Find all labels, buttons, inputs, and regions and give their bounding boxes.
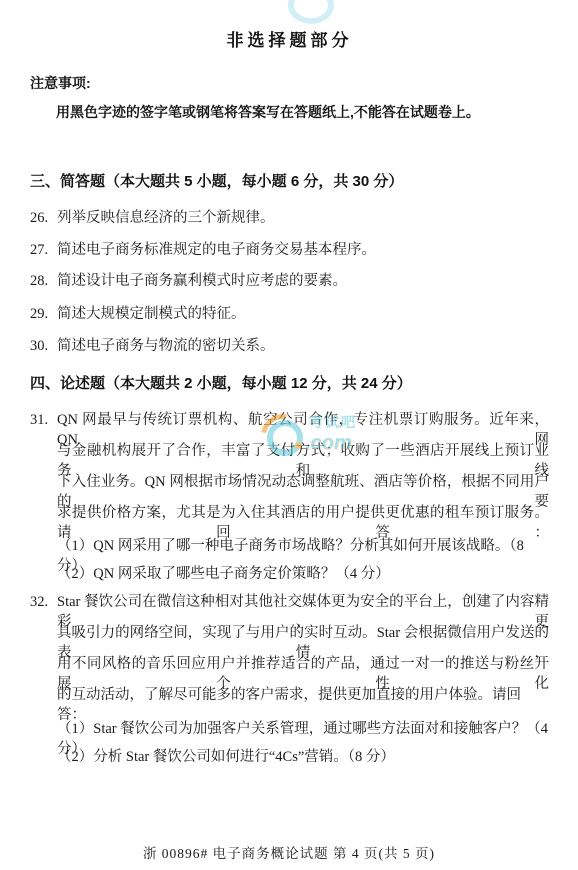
question-30: 30. 简述电子商务与物流的密切关系。 [30,336,549,356]
question-29: 29. 简述大规模定制模式的特征。 [30,304,549,324]
question-30-text: 简述电子商务与物流的密切关系。 [57,338,275,354]
page-title: 非选择题部分 [30,26,549,51]
notice-text: 用黑色字迹的签字笔或钢笔将答案写在答题纸上,不能答在试题卷上。 [30,102,549,122]
question-32-line: 用不同风格的音乐回应用户并推荐适合的产品，通过一对一的推送与粉丝开展个性化 [57,654,549,685]
question-26-number: 26. [30,208,48,228]
question-28: 28. 简述设计电子商务赢利模式时应考虑的要素。 [30,271,549,291]
question-32-sub1: （1）Star 餐饮公司为加强客户关系管理，通过哪些方法面对和接触客户？（4 分… [57,719,549,747]
question-32-sub2: （2）分析 Star 餐饮公司如何进行“4Cs”营销。（8 分） [57,747,549,775]
page-footer: 浙 00896# 电子商务概论试题 第 4 页(共 5 页) [0,842,578,862]
section3-header: 三、简答题（本大题共 5 小题，每小题 6 分，共 30 分） [30,172,549,192]
question-28-text: 简述设计电子商务赢利模式时应考虑的要素。 [57,273,347,289]
question-31-number: 31. [30,410,48,430]
question-28-number: 28. [30,271,48,291]
question-26-text: 列举反映信息经济的三个新规律。 [57,210,275,226]
question-29-number: 29. [30,304,48,324]
question-31-sub2: （2）QN 网采取了哪些电子商务定价策略？（4 分） [57,564,549,592]
partial-watermark-logo-icon [288,0,334,24]
section4-header: 四、论述题（本大题共 2 小题，每小题 12 分，共 24 分） [30,374,549,394]
question-32-line: Star 餐饮公司在微信这种相对其他社交媒体更为安全的平台上，创建了内容精彩、更 [57,592,549,623]
question-31-line: QN 网最早与传统订票机构、航空公司合作，专注机票订购服务。近年来，QN 网 [57,410,549,441]
question-27-text: 简述电子商务标准规定的电子商务交易基本程序。 [57,242,376,258]
question-31-line: 求提供价格方案，尤其是为入住其酒店的用户提供更优惠的租车预订服务。请回答： [57,503,549,534]
question-31-line: 下入住业务。QN 网根据市场情况动态调整航班、酒店等价格，根据不同用户的要 [57,472,549,503]
question-32-line: 具吸引力的网络空间，实现了与用户的实时互动。Star 会根据微信用户发送的表情， [57,623,549,654]
question-31-line: 与金融机构展开了合作，丰富了支付方式；收购了一些酒店开展线上预订业务和线 [57,441,549,472]
question-30-number: 30. [30,336,48,356]
question-27: 27. 简述电子商务标准规定的电子商务交易基本程序。 [30,240,549,260]
exam-paper-page: 非选择题部分 注意事项: 用黑色字迹的签字笔或钢笔将答案写在答题纸上,不能答在试… [0,0,578,870]
question-27-number: 27. [30,240,48,260]
question-32-number: 32. [30,592,48,612]
question-26: 26. 列举反映信息经济的三个新规律。 [30,208,549,228]
question-32: 32. Star 餐饮公司在微信这种相对其他社交媒体更为安全的平台上，创建了内容… [30,592,549,775]
question-32-line: 的互动活动，了解尽可能多的客户需求，提供更加直接的用户体验。请回答： [57,685,549,716]
question-31: 31. QN 网最早与传统订票机构、航空公司合作，专注机票订购服务。近年来，QN… [30,410,549,592]
question-29-text: 简述大规模定制模式的特征。 [57,306,246,322]
question-31-sub1: （1）QN 网采用了哪一种电子商务市场战略？分析其如何开展该战略。（8 分） [57,536,549,564]
notice-label: 注意事项: [30,73,549,93]
